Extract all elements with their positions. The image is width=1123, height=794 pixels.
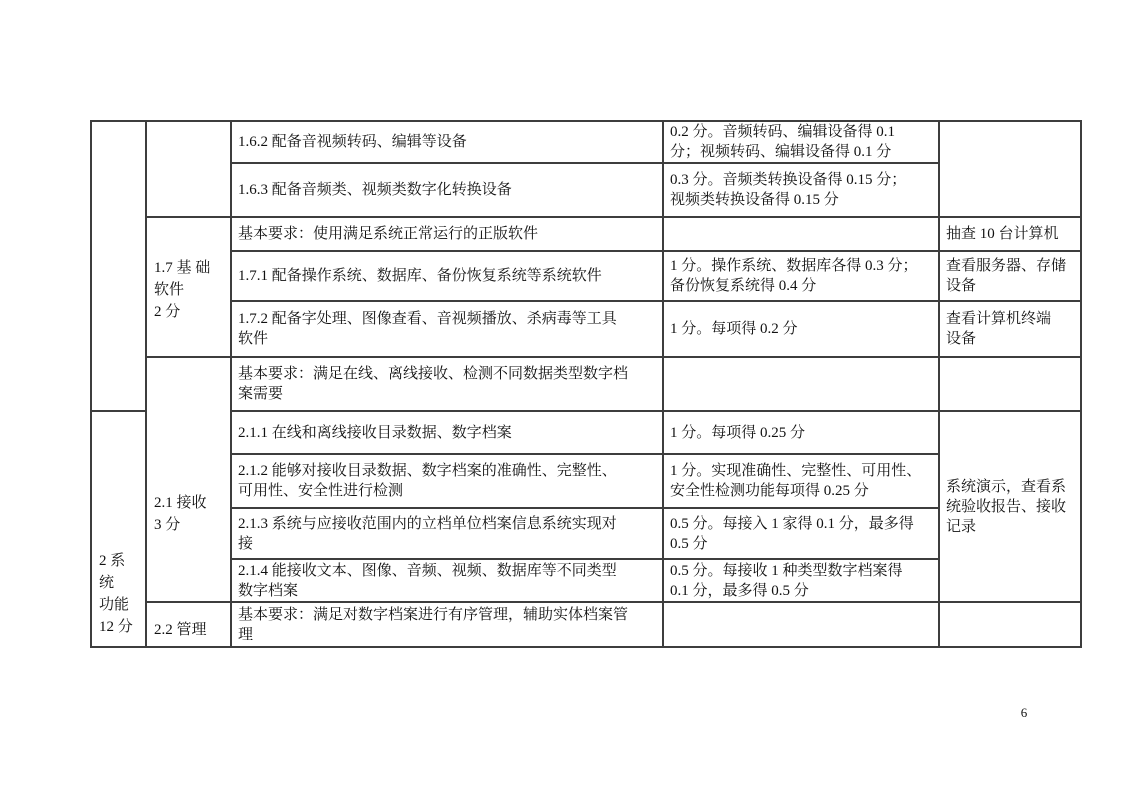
method-basic-2-1-empty [940,358,1080,412]
page-number: 6 [1014,704,1034,722]
score-1-6-2: 0.2 分。音频转码、编辑设备得 0.1 分；视频转码、编辑设备得 0.1 分 [664,122,940,164]
basic-requirement-2-1: 基本要求：满足在线、离线接收、检测不同数据类型数字档 案需要 [232,358,664,412]
requirement-1-7-1: 1.7.1 配备操作系统、数据库、备份恢复系统等系统软件 [232,252,664,302]
score-2-1-3: 0.5 分。每接入 1 家得 0.1 分，最多得 0.5 分 [664,509,940,560]
requirement-1-6-2: 1.6.2 配备音视频转码、编辑等设备 [232,122,664,164]
evaluation-table: 2 系统 功能 12 分 1.7 基 础 软件 2 分 2.1 接收 3 分 2… [90,120,1082,648]
requirement-1-7-2: 1.7.2 配备字处理、图像查看、音视频播放、杀病毒等工具 软件 [232,302,664,358]
subsection-1-6-label-cell-empty [147,122,232,218]
basic-requirement-2-2: 基本要求：满足对数字档案进行有序管理，辅助实体档案管 理 [232,603,664,646]
score-1-7-1: 1 分。操作系统、数据库各得 0.3 分； 备份恢复系统得 0.4 分 [664,252,940,302]
requirement-2-1-4: 2.1.4 能接收文本、图像、音频、视频、数据库等不同类型 数字档案 [232,560,664,603]
basic-requirement-1-7: 基本要求：使用满足系统正常运行的正版软件 [232,218,664,252]
score-basic-2-1-empty [664,358,940,412]
requirement-2-1-1: 2.1.1 在线和离线接收目录数据、数字档案 [232,412,664,455]
score-2-1-4: 0.5 分。每接收 1 种类型数字档案得 0.1 分，最多得 0.5 分 [664,560,940,603]
method-system-demo: 系统演示，查看系 统验收报告、接收 记录 [940,412,1080,603]
method-check-servers: 查看服务器、存储 设备 [940,252,1080,302]
subsection-1-7-label-cell: 1.7 基 础 软件 2 分 [147,218,232,358]
score-1-7-2: 1 分。每项得 0.2 分 [664,302,940,358]
score-basic-1-7-empty [664,218,940,252]
requirement-2-1-3: 2.1.3 系统与应接收范围内的立档单位档案信息系统实现对 接 [232,509,664,560]
subsection-2-2-label-cell: 2.2 管理 [147,603,232,646]
score-2-1-2: 1 分。实现准确性、完整性、可用性、 安全性检测功能每项得 0.25 分 [664,455,940,509]
score-1-6-3: 0.3 分。音频类转换设备得 0.15 分； 视频类转换设备得 0.15 分 [664,164,940,218]
requirement-1-6-3: 1.6.3 配备音频类、视频类数字化转换设备 [232,164,664,218]
document-page: 2 系统 功能 12 分 1.7 基 础 软件 2 分 2.1 接收 3 分 2… [0,0,1123,794]
section2-label-cell: 2 系统 功能 12 分 [92,412,147,646]
method-inspect-computers: 抽查 10 台计算机 [940,218,1080,252]
method-basic-2-2-empty [940,603,1080,646]
method-1-6-empty [940,122,1080,218]
method-check-terminals: 查看计算机终端 设备 [940,302,1080,358]
score-basic-2-2-empty [664,603,940,646]
subsection-2-1-label-cell: 2.1 接收 3 分 [147,358,232,603]
section1-label-cell-empty [92,122,147,412]
requirement-2-1-2: 2.1.2 能够对接收目录数据、数字档案的准确性、完整性、 可用性、安全性进行检… [232,455,664,509]
score-2-1-1: 1 分。每项得 0.25 分 [664,412,940,455]
